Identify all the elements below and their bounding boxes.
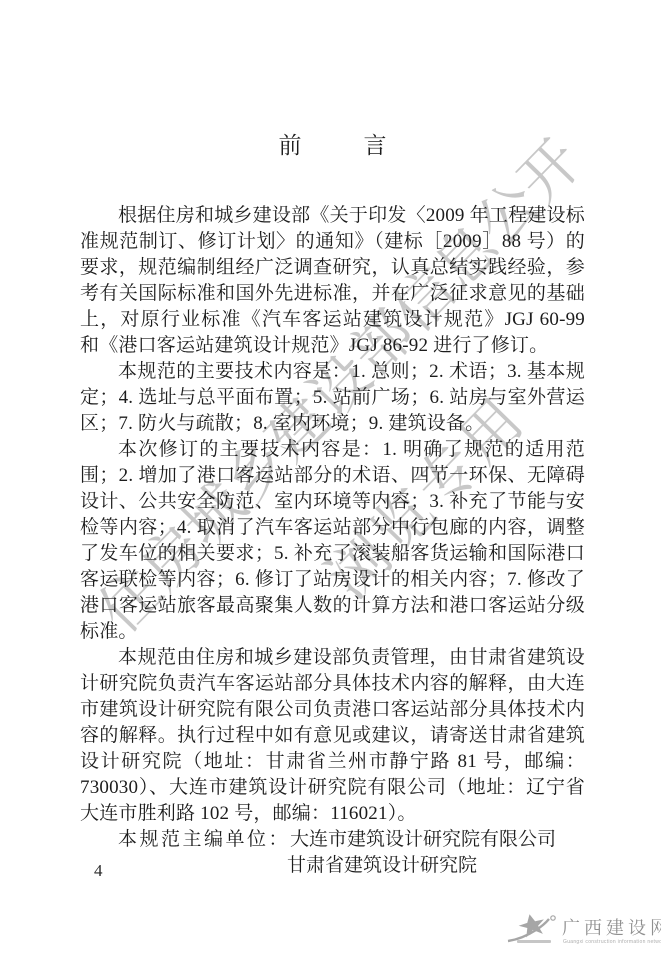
title-char-1: 前 [279,131,302,161]
paragraph-revision-contents: 本次修订的主要技术内容是：1. 明确了规范的适用范围；2. 增加了港口客运站部分… [80,437,585,645]
logo-tagline-text: Guangxi construction information network [563,940,661,945]
page-title: 前 言 [80,131,585,161]
paragraph-basis: 根据住房和城乡建设部《关于印发〈2009 年工程建设标准规范制订、修订计划〉的通… [80,203,585,359]
paragraph-main-contents: 本规范的主要技术内容是：1. 总则；2. 术语；3. 基本规定；4. 选址与总平… [80,359,585,437]
chief-editor-org-2: 甘肃省建筑设计研究院 [80,853,585,879]
page-number: 4 [94,861,103,881]
logo-star-caption-line [517,940,551,943]
title-char-2: 言 [364,131,387,161]
chief-editor-org-1: 大连市建筑设计研究院有限公司 [290,829,556,850]
text-column: 前 言 根据住房和城乡建设部《关于印发〈2009 年工程建设标准规范制订、修订计… [80,0,585,879]
paragraph-management: 本规范由住房和城乡建设部负责管理，由甘肃省建筑设计研究院负责汽车客运站部分具体技… [80,645,585,827]
document-page: 住房城乡建设部信息公开 浏览专用 前 言 根据住房和城乡建设部《关于印发〈200… [0,0,661,958]
body-text: 根据住房和城乡建设部《关于印发〈2009 年工程建设标准规范制订、修订计划〉的通… [80,203,585,879]
site-logo: 广西建设网 Guangxi construction information n… [500,888,658,954]
chief-editor-label: 本规范主编单位： [118,829,290,850]
chief-editor-line: 本规范主编单位：大连市建筑设计研究院有限公司 [80,827,585,853]
logo-name-text: 广西建设网 [562,919,661,937]
